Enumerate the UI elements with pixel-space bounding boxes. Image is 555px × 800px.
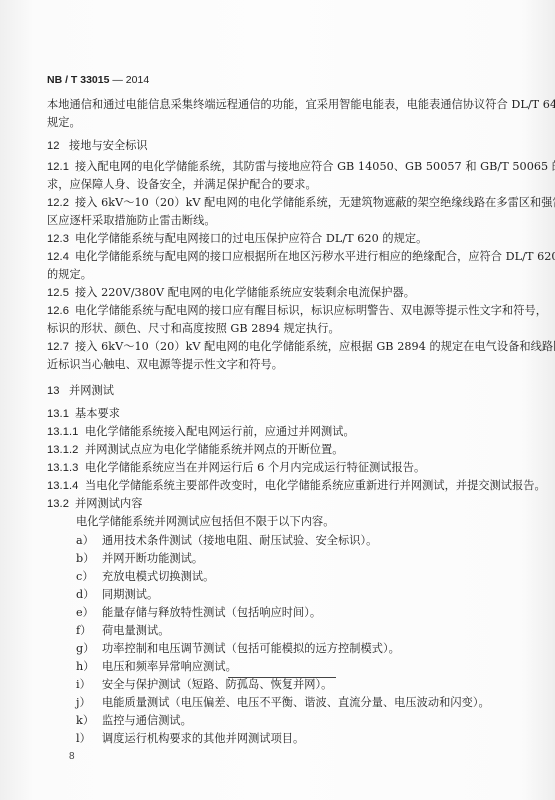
clause-12-6-cont: 标识的形状、颜色、尺寸和高度按照 GB 2894 规定执行。 [47,322,340,336]
intro-line-1: 本地通信和通过电能信息采集终端远程通信的功能，宜采用智能电能表，电能表通信协议符… [47,98,513,112]
list-item: l）调度运行机构要求的其他并网测试项目。 [76,732,304,746]
subsection-13-2-heading: 13.2并网测试内容 [47,497,142,511]
clause-13-1-4: 13.1.4当电化学储能系统主要部件改变时，电化学储能系统应重新进行并网测试，并… [47,479,546,493]
clause-13-1-1: 13.1.1电化学储能系统接入配电网运行前，应通过并网测试。 [47,425,355,439]
subsection-13-2-intro: 电化学储能系统并网测试应包括但不限于以下内容。 [76,515,334,529]
clause-12-5: 12.5接入 220V/380V 配电网的电化学储能系统应安装剩余电流保护器。 [47,286,415,300]
section-12-heading: 12接地与安全标识 [47,139,148,153]
list-item: d）同期测试。 [76,588,158,602]
list-item: c）充放电模式切换测试。 [76,570,214,584]
list-item: i）安全与保护测试（短路、防孤岛、恢复并网）。 [76,678,332,692]
list-item: g）功率控制和电压调节测试（包括可能模拟的远方控制模式）。 [76,642,400,656]
clause-12-7: 12.7接入 6kV～10（20）kV 配电网的电化学储能系统，应根据 GB 2… [47,340,555,354]
document-page: NB / T 33015 — 2014 本地通信和通过电能信息采集终端远程通信的… [0,0,555,800]
clause-12-4-cont: 的规定。 [47,268,92,282]
clause-12-2: 12.2接入 6kV～10（20）kV 配电网的电化学储能系统，无建筑物遮蔽的架… [47,196,555,210]
list-item: k）监控与通信测试。 [76,714,192,728]
section-13-heading: 13并网测试 [47,384,114,398]
list-item: f）荷电量测试。 [76,624,169,638]
standard-header: NB / T 33015 — 2014 [47,74,149,86]
standard-code: NB / T 33015 [47,74,109,86]
list-item: a）通用技术条件测试（接地电阻、耐压试验、安全标识）。 [76,534,377,548]
intro-line-2: 规定。 [47,116,81,130]
list-item: j）电能质量测试（电压偏差、电压不平衡、谐波、直流分量、电压波动和闪变）。 [76,696,490,710]
standard-year: 2014 [126,74,149,86]
clause-12-1: 12.1接入配电网的电化学储能系统，其防雷与接地应符合 GB 14050、GB … [47,160,555,174]
subsection-13-1-heading: 13.1基本要求 [47,407,120,421]
clause-12-1-cont: 求，应保障人身、设备安全，并满足保护配合的要求。 [47,178,317,192]
list-item: b）并网开断功能测试。 [76,552,203,566]
clause-12-6: 12.6电化学储能系统与配电网的接口应有醒目标识，标识应标明警告、双电源等提示性… [47,304,547,318]
clause-13-1-3: 13.1.3电化学储能系统应当在并网运行后 6 个月内完成运行特征测试报告。 [47,461,425,475]
list-item: h）电压和频率异常响应测试。 [76,660,237,674]
clause-12-3: 12.3电化学储能系统与配电网接口的过电压保护应符合 DL/T 620 的规定。 [47,232,427,246]
page-number: 8 [69,751,75,762]
clause-12-2-cont: 区应逐杆采取措施防止雷击断线。 [47,214,216,228]
clause-13-1-2: 13.1.2并网测试点应为电化学储能系统并网点的开断位置。 [47,443,343,457]
clause-12-4: 12.4电化学储能系统与配电网的接口应根据所在地区污秽水平进行相应的绝缘配合，应… [47,250,555,264]
clause-12-7-cont: 近标识当心触电、双电源等提示性文字和符号。 [47,358,283,372]
list-item: e）能量存储与释放特性测试（包括响应时间）。 [76,606,321,620]
end-rule-divider [228,677,336,678]
